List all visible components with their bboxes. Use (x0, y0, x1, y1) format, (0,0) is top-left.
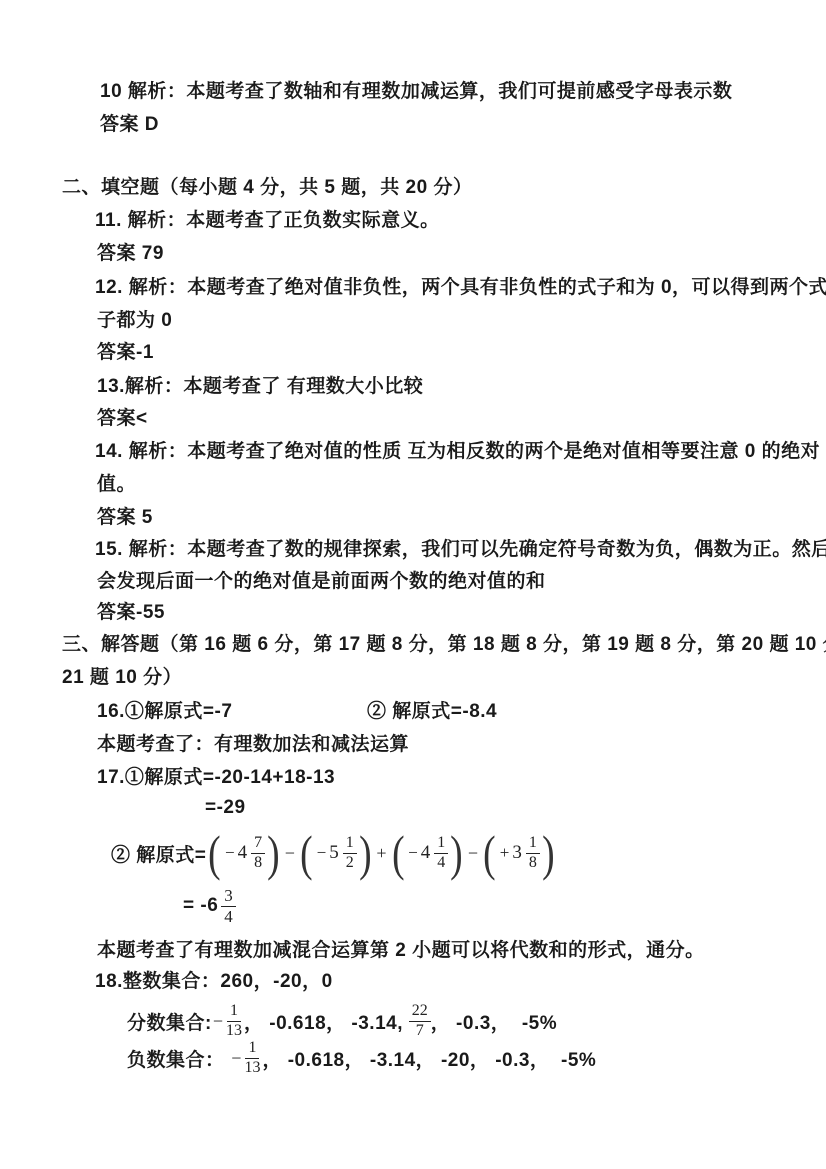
q17-part2-label: ② 解原式= (111, 840, 206, 867)
math-term-4: ( + 3 1 8 ) (481, 832, 556, 875)
math-term-2: ( − 5 1 2 ) (298, 832, 373, 875)
q17-part1-result: =-29 (205, 796, 246, 820)
q16-note: 本题考查了：有理数加法和减法运算 (97, 733, 409, 757)
fraction-set-label: 分数集合: (127, 1008, 212, 1035)
q18-negative-set: 负数集合： − 1 13 ， -0.618， -3.14， -20， -0.3，… (127, 1035, 596, 1081)
fraction: 3 4 (221, 886, 236, 926)
right-paren: ) (267, 832, 279, 875)
math-term-3: ( − 4 1 4 ) (390, 832, 465, 875)
q12-analysis-line2: 子都为 0 (97, 309, 172, 333)
section3-heading-line2: 21 题 10 分） (62, 666, 182, 690)
q14-analysis-line2: 值。 (97, 473, 136, 497)
left-paren: ( (392, 832, 404, 875)
negative-set-label: 负数集合： (127, 1045, 230, 1072)
minus-sign: − (231, 1048, 241, 1069)
q14-answer: 答案 5 (97, 506, 153, 530)
operator: + (376, 843, 386, 864)
q15-analysis-line1: 15. 解析：本题考查了数的规律探索，我们可以先确定符号奇数为负，偶数为正。然后 (95, 538, 826, 562)
left-paren: ( (483, 832, 495, 875)
section3-heading-line1: 三、解答题（第 16 题 6 分，第 17 题 8 分，第 18 题 8 分，第… (62, 633, 826, 657)
q10-analysis: 10 解析：本题考查了数轴和有理数加减运算，我们可提前感受字母表示数 (100, 80, 732, 104)
q14-analysis-line1: 14. 解析：本题考查了绝对值的性质 互为相反数的两个是绝对值相等要注意 0 的… (95, 440, 820, 464)
q17-note: 本题考查了有理数加减混合运算第 2 小题可以将代数和的形式，通分。 (97, 939, 705, 963)
q11-answer: 答案 79 (97, 242, 164, 266)
q17-part2-expression: ② 解原式= ( − 4 7 8 ) − ( − 5 1 2 ) + ( − 4 (111, 828, 556, 878)
operator: − (468, 843, 478, 864)
right-paren: ) (542, 832, 554, 875)
left-paren: ( (208, 832, 220, 875)
fraction: 1 4 (434, 834, 448, 872)
q12-answer: 答案-1 (97, 341, 154, 365)
right-paren: ) (359, 832, 371, 875)
fraction: 1 2 (343, 834, 357, 872)
q15-answer: 答案-55 (97, 601, 165, 625)
q12-analysis-line1: 12. 解析：本题考查了绝对值非负性，两个具有非负性的式子和为 0，可以得到两个… (95, 276, 826, 300)
document-page: 10 解析：本题考查了数轴和有理数加减运算，我们可提前感受字母表示数 答案 D … (0, 0, 826, 1169)
q16-part1-solution: 16.①解原式=-7 (97, 700, 232, 724)
q10-answer: 答案 D (100, 113, 159, 137)
right-paren: ) (450, 832, 462, 875)
minus-sign: − (213, 1011, 223, 1032)
q17-part1-solution: 17.①解原式=-20-14+18-13 (97, 766, 335, 790)
q13-answer: 答案< (97, 407, 148, 431)
q16-part2-solution: ② 解原式=-8.4 (367, 700, 497, 724)
left-paren: ( (300, 832, 312, 875)
fraction: 1 8 (526, 834, 540, 872)
operator: − (285, 843, 295, 864)
fraction: 1 13 (242, 1039, 262, 1077)
fraction-set-values-2: ， -0.3， -5% (431, 1008, 557, 1035)
q15-analysis-line2: 会发现后面一个的绝对值是前面两个数的绝对值的和 (97, 570, 546, 594)
section2-heading: 二、填空题（每小题 4 分，共 5 题，共 20 分） (62, 176, 472, 200)
fraction-set-values-1: ， -0.618， -3.14, (244, 1008, 409, 1035)
fraction: 7 8 (251, 834, 265, 872)
q11-analysis: 11. 解析：本题考查了正负数实际意义。 (95, 209, 440, 233)
q17-part2-result: = -6 3 4 (183, 882, 239, 930)
negative-set-values: ， -0.618， -3.14， -20， -0.3， -5% (262, 1045, 596, 1072)
math-term-1: ( − 4 7 8 ) (206, 832, 281, 875)
q18-integer-set: 18.整数集合：260，-20，0 (95, 970, 333, 994)
result-prefix: = -6 (183, 895, 218, 917)
q13-analysis: 13.解析：本题考查了 有理数大小比较 (97, 375, 423, 399)
